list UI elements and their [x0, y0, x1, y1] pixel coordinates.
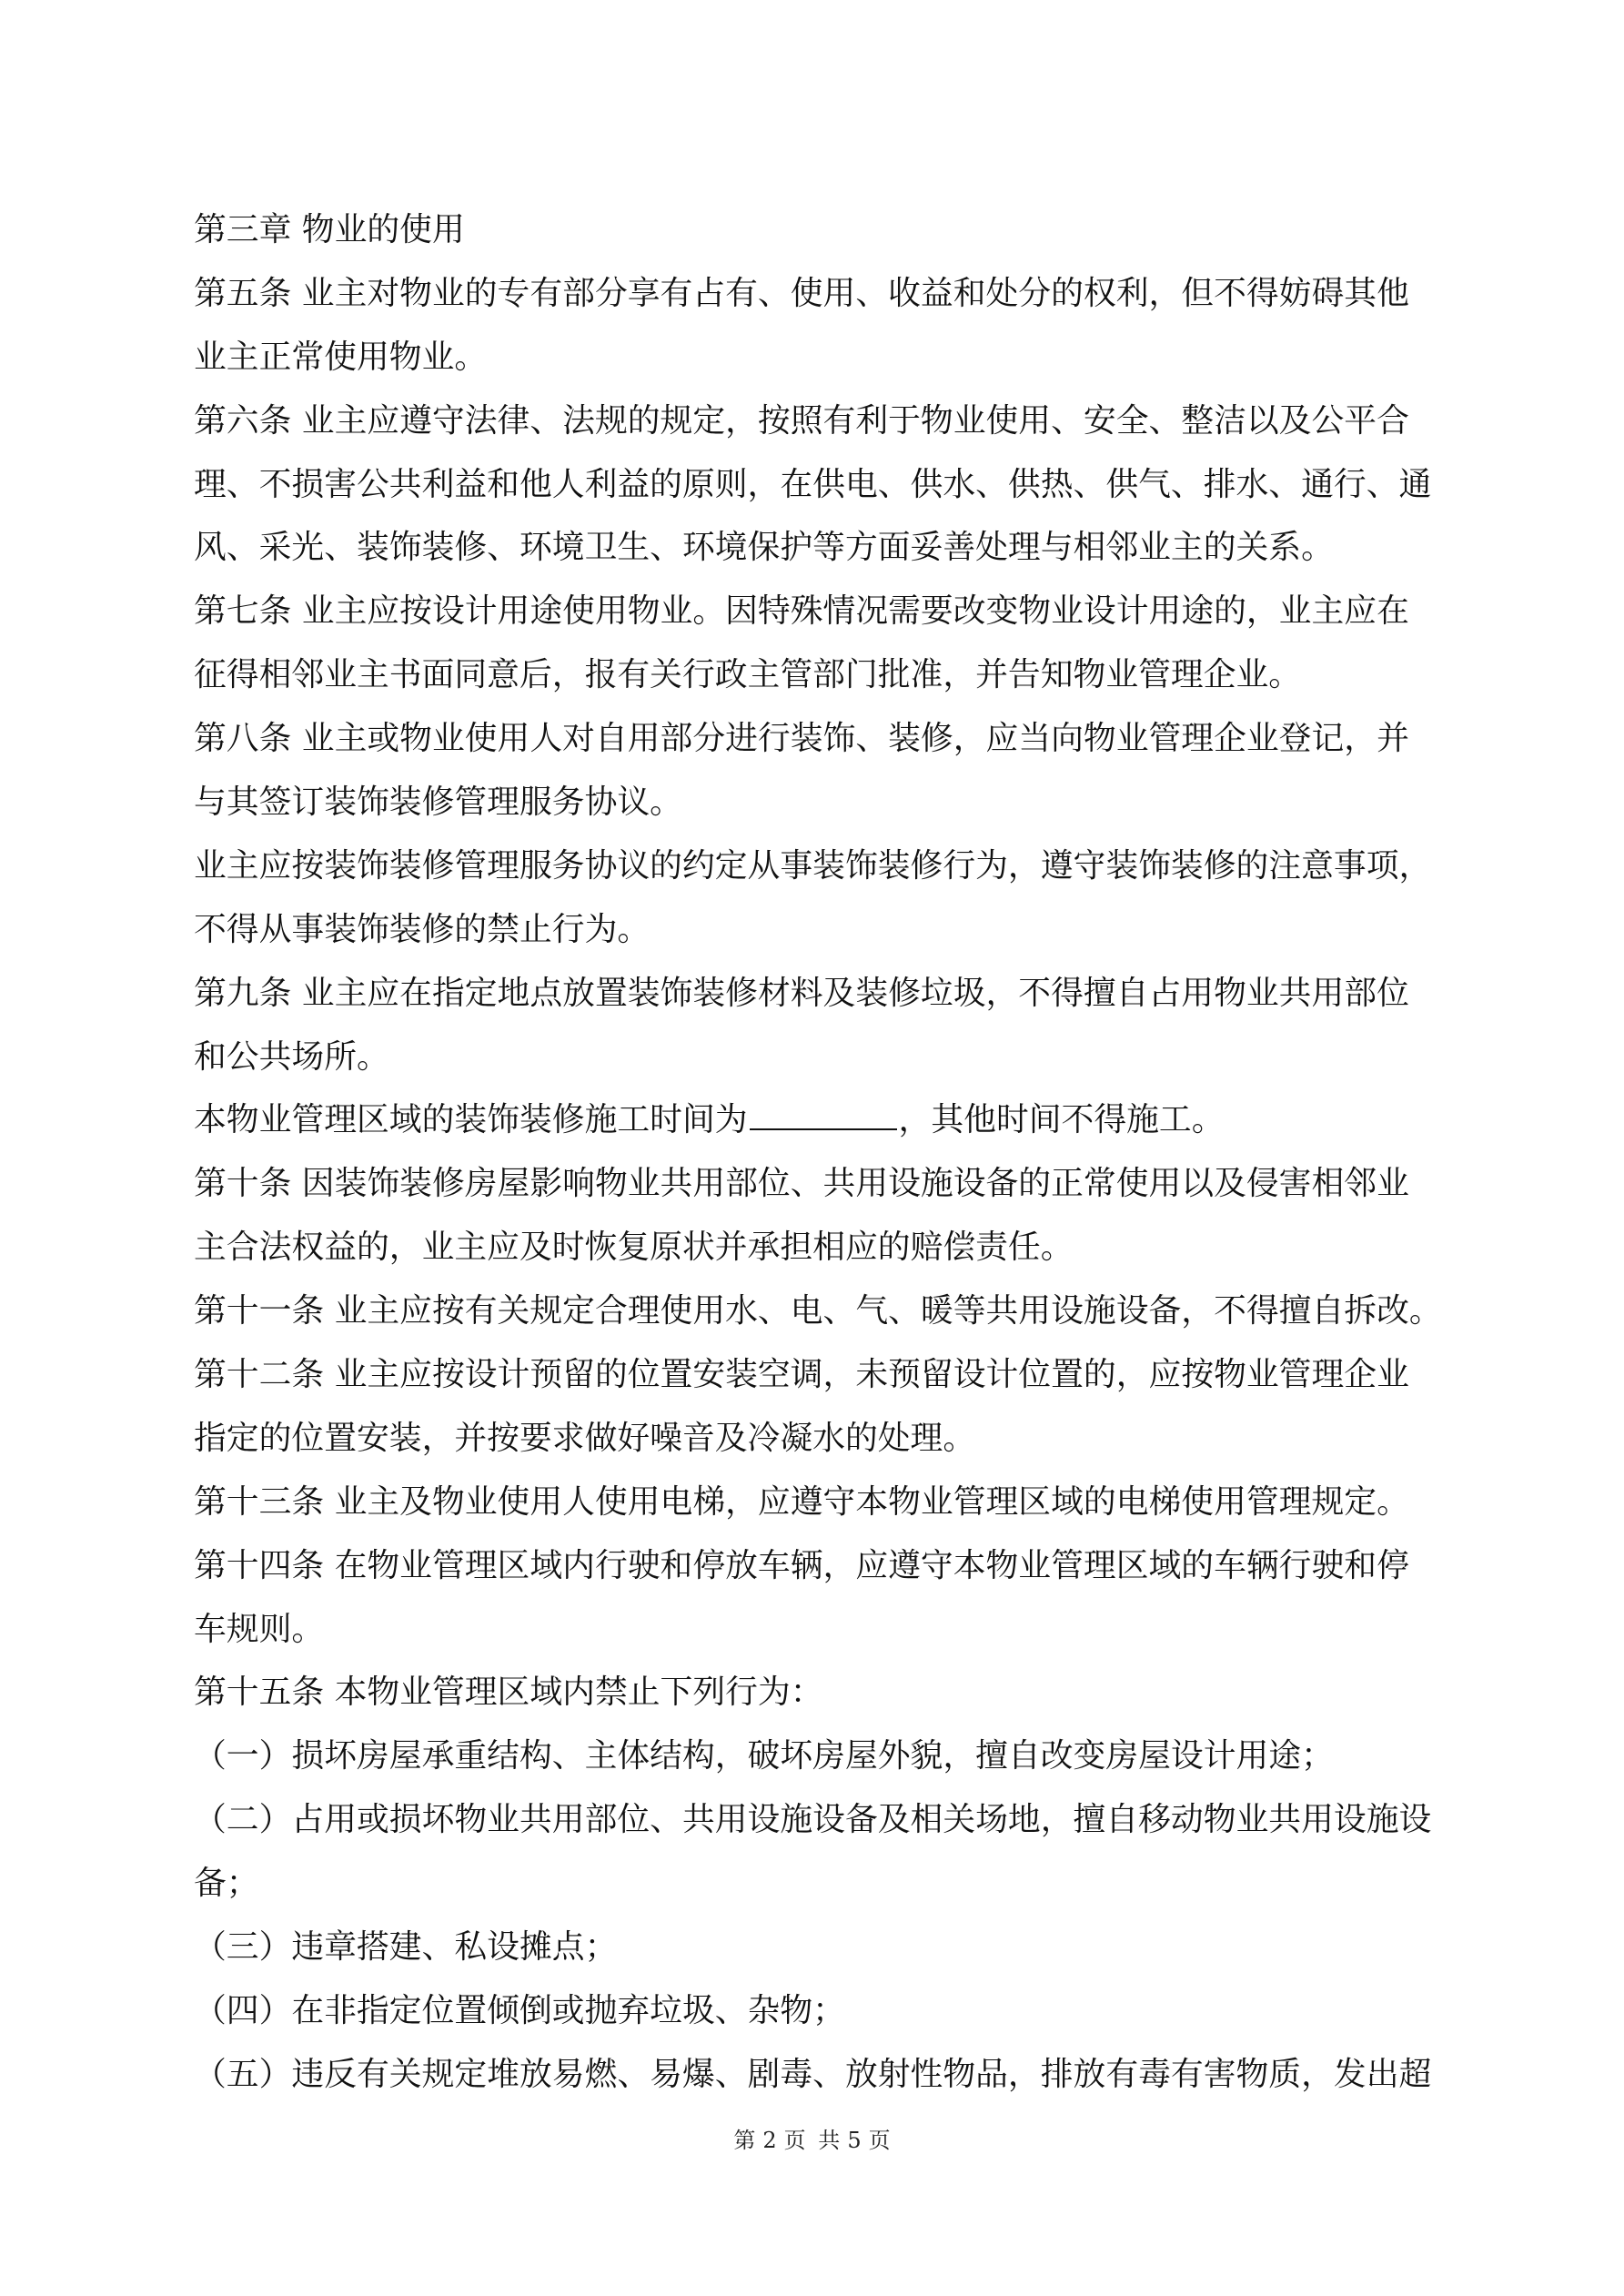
construction-time-prefix: 本物业管理区域的装饰装修施工时间为 [194, 1101, 748, 1138]
article-14-line-2: 车规则。 [194, 1598, 1433, 1662]
article-6-line-2: 理、不损害公共利益和他人利益的原则，在供电、供水、供热、供气、排水、通行、通 [194, 453, 1433, 517]
chapter-title: 第三章 物业的使用 [194, 198, 1433, 262]
article-7-line-2: 征得相邻业主书面同意后，报有关行政主管部门批准，并告知物业管理企业。 [194, 643, 1433, 707]
article-10-line-1: 第十条 因装饰装修房屋影响物业共用部位、共用设施设备的正常使用以及侵害相邻业 [194, 1152, 1433, 1216]
article-15-item-2-line-1: （二）占用或损坏物业共用部位、共用设施设备及相关场地，擅自移动物业共用设施设 [194, 1788, 1433, 1852]
article-15-item-1: （一）损坏房屋承重结构、主体结构，破坏房屋外貌，擅自改变房屋设计用途； [194, 1725, 1433, 1788]
article-15-line-1: 第十五条 本物业管理区域内禁止下列行为： [194, 1661, 1433, 1725]
article-11-line-1: 第十一条 业主应按有关规定合理使用水、电、气、暖等共用设施设备，不得擅自拆改。 [194, 1279, 1433, 1343]
footer-middle: 页 共 [784, 2128, 841, 2153]
article-14-line-1: 第十四条 在物业管理区域内行驶和停放车辆，应遵守本物业管理区域的车辆行驶和停 [194, 1534, 1433, 1598]
page-footer: 第2页 共5页 [0, 2122, 1624, 2159]
current-page-number: 2 [762, 2128, 776, 2153]
article-15-item-5-line-1: （五）违反有关规定堆放易燃、易爆、剧毒、放射性物品，排放有毒有害物质，发出超 [194, 2043, 1433, 2107]
article-8-para2-line-1: 业主应按装饰装修管理服务协议的约定从事装饰装修行为，遵守装饰装修的注意事项， [194, 834, 1433, 898]
article-5-line-1: 第五条 业主对物业的专有部分享有占有、使用、收益和处分的权利，但不得妨碍其他 [194, 262, 1433, 326]
article-6-line-3: 风、采光、装饰装修、环境卫生、环境保护等方面妥善处理与相邻业主的关系。 [194, 516, 1433, 580]
construction-time-blank-field[interactable] [750, 1101, 897, 1130]
article-8-para2-line-2: 不得从事装饰装修的禁止行为。 [194, 898, 1433, 962]
article-9-line-2: 和公共场所。 [194, 1026, 1433, 1089]
article-8-line-2: 与其签订装饰装修管理服务协议。 [194, 771, 1433, 834]
article-7-line-1: 第七条 业主应按设计用途使用物业。因特殊情况需要改变物业设计用途的，业主应在 [194, 580, 1433, 643]
article-9-line-1: 第九条 业主应在指定地点放置装饰装修材料及装修垃圾，不得擅自占用物业共用部位 [194, 962, 1433, 1026]
article-15-item-4: （四）在非指定位置倾倒或抛弃垃圾、杂物； [194, 1979, 1433, 2043]
article-10-line-2: 主合法权益的，业主应及时恢复原状并承担相应的赔偿责任。 [194, 1216, 1433, 1279]
construction-time-line: 本物业管理区域的装饰装修施工时间为，其他时间不得施工。 [194, 1088, 1433, 1152]
article-8-line-1: 第八条 业主或物业使用人对自用部分进行装饰、装修，应当向物业管理企业登记，并 [194, 707, 1433, 771]
article-12-line-2: 指定的位置安装，并按要求做好噪音及冷凝水的处理。 [194, 1407, 1433, 1471]
document-body: 第三章 物业的使用 第五条 业主对物业的专有部分享有占有、使用、收益和处分的权利… [194, 198, 1433, 2107]
document-page: 第三章 物业的使用 第五条 业主对物业的专有部分享有占有、使用、收益和处分的权利… [0, 0, 1624, 2296]
article-13-line-1: 第十三条 业主及物业使用人使用电梯，应遵守本物业管理区域的电梯使用管理规定。 [194, 1471, 1433, 1534]
footer-suffix: 页 [869, 2128, 891, 2153]
article-5-line-2: 业主正常使用物业。 [194, 326, 1433, 389]
total-pages-number: 5 [847, 2128, 861, 2153]
footer-prefix: 第 [733, 2128, 755, 2153]
article-6-line-1: 第六条 业主应遵守法律、法规的规定，按照有利于物业使用、安全、整洁以及公平合 [194, 389, 1433, 453]
construction-time-suffix: ，其他时间不得施工。 [899, 1101, 1225, 1138]
article-12-line-1: 第十二条 业主应按设计预留的位置安装空调，未预留设计位置的，应按物业管理企业 [194, 1343, 1433, 1407]
article-15-item-2-line-2: 备； [194, 1852, 1433, 1916]
article-15-item-3: （三）违章搭建、私设摊点； [194, 1916, 1433, 1979]
